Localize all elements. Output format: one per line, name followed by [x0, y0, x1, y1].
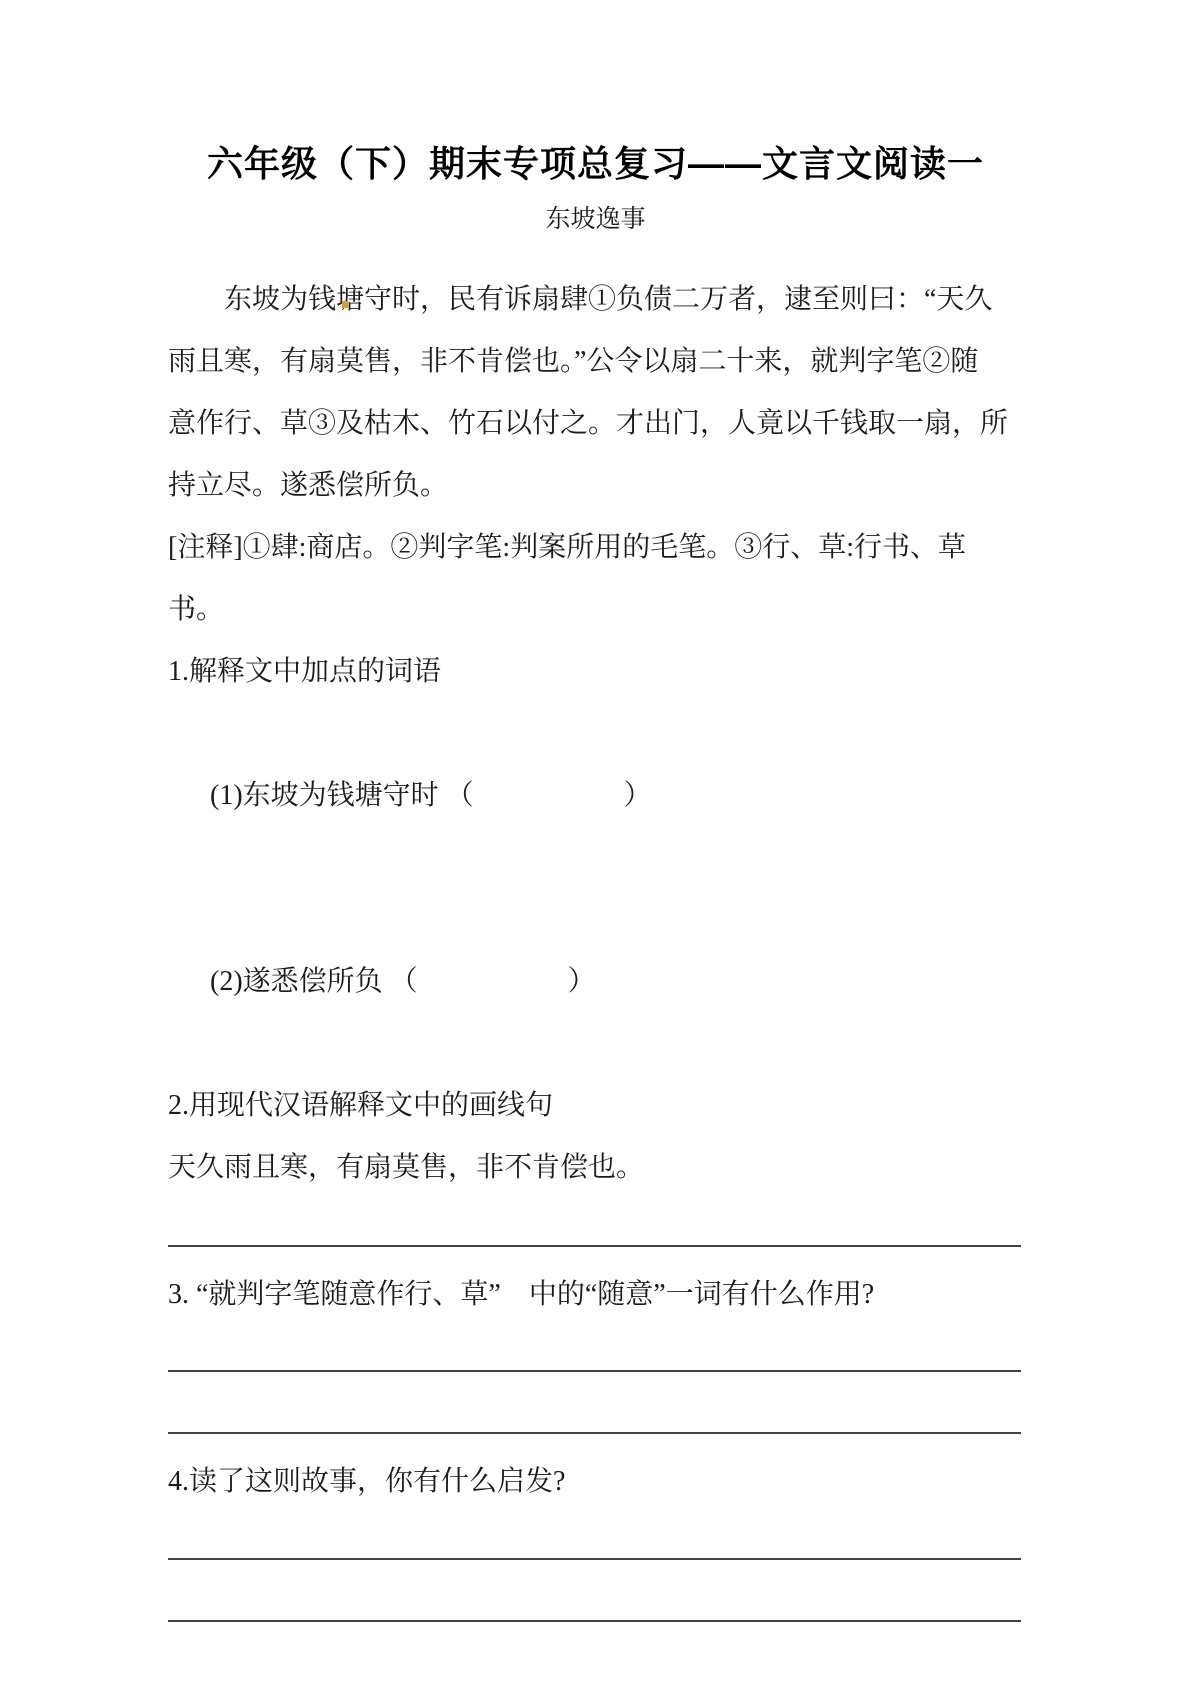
- footnote-line: 书。: [168, 579, 1023, 641]
- answer-line: [168, 1432, 1021, 1434]
- passage-line: 持立尽。遂悉偿所负。: [168, 455, 1023, 517]
- footnotes: [注释]①肆:商店。②判字笔:判案所用的毛笔。③行、草:行书、草 书。: [168, 517, 1023, 641]
- question-3-label: 3. “就判字笔随意作行、草” 中的“随意”一词有什么作用?: [168, 1264, 1023, 1326]
- answer-line: [168, 1370, 1021, 1372]
- answer-line: [168, 1245, 1021, 1247]
- question-4-label: 4.读了这则故事，你有什么启发?: [168, 1451, 1023, 1513]
- paren-open: （: [390, 966, 418, 997]
- paren-close: ）: [568, 966, 596, 997]
- passage-line: 意作行、草③及枯木、竹石以付之。才出门，人竟以千钱取一扇，所: [168, 393, 1023, 455]
- page-title: 六年级（下）期末专项总复习——文言文阅读一: [168, 138, 1023, 190]
- question-2-sentence: 天久雨且寒，有扇莫售，非不肯偿也。: [168, 1137, 1023, 1199]
- paren-close: ）: [624, 780, 652, 811]
- passage-line: 雨且寒，有扇莫售，非不肯偿也。”公令以扇二十来，就判字笔②随: [168, 331, 1023, 393]
- passage-paragraph: 东坡为钱塘守时，民有诉扇肆①负债二万者，逮至则曰：“天久 雨且寒，有扇莫售，非不…: [168, 269, 1023, 517]
- worksheet-page: 六年级（下）期末专项总复习——文言文阅读一 东坡逸事 东坡为钱塘守时，民有诉扇肆…: [0, 0, 1191, 1684]
- emphasis-dot: [342, 301, 348, 308]
- passage-line: 东坡为钱塘守时，民有诉扇肆①负债二万者，逮至则曰：“天久: [168, 269, 1023, 331]
- paren-open: （: [446, 780, 474, 811]
- question-2-label: 2.用现代汉语解释文中的画线句: [168, 1075, 1023, 1137]
- answer-line: [168, 1558, 1021, 1560]
- page-content: 六年级（下）期末专项总复习——文言文阅读一 东坡逸事 东坡为钱塘守时，民有诉扇肆…: [0, 0, 1191, 1622]
- question-1-label: 1.解释文中加点的词语: [168, 641, 1023, 703]
- question-1-item-2: (2)遂悉偿所负 （）: [168, 889, 1023, 1075]
- answer-line: [168, 1620, 1021, 1622]
- item-text: (2)遂悉偿所负: [210, 966, 390, 997]
- footnote-line: [注释]①肆:商店。②判字笔:判案所用的毛笔。③行、草:行书、草: [168, 517, 1023, 579]
- passage-title: 东坡逸事: [168, 200, 1023, 240]
- question-1-item-1: (1)东坡为钱塘守时 （）: [168, 703, 1023, 889]
- item-text: (1)东坡为钱塘守时: [210, 780, 446, 811]
